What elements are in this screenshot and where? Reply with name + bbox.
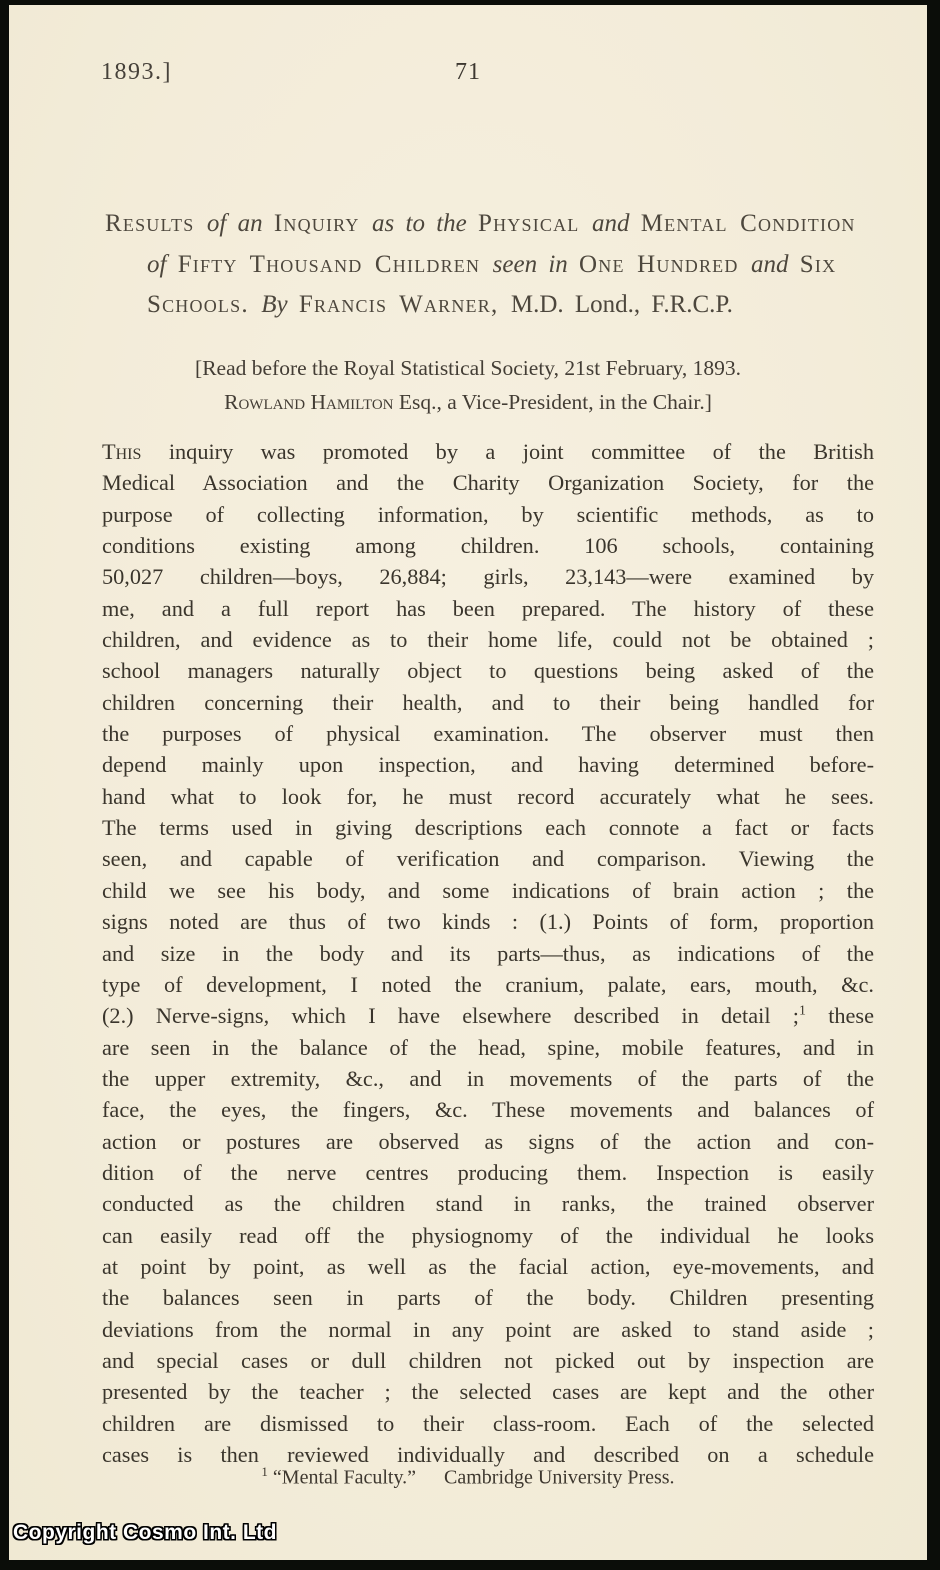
text-line: the balances seen in parts of the body. … [102,1282,874,1313]
text-line: children concerning their health, and to… [102,687,874,718]
text-line: Medical Association and the Charity Orga… [102,467,874,498]
text-segment: presented by the teacher ; the selected … [102,1379,874,1404]
read-before-note: [Read before the Royal Statistical Socie… [9,352,927,419]
header-year: 1893.] [101,59,172,86]
scan-frame: { "header": { "left": "1893.]", "page_nu… [0,0,940,1570]
text-line: can easily read off the physiognomy of t… [102,1220,874,1251]
text-line: at point by point, as well as the facial… [102,1251,874,1282]
text-segment: This [102,439,141,464]
text-line: are seen in the balance of the head, spi… [102,1032,874,1063]
text-segment: type of development, I noted the cranium… [102,972,874,997]
text-line: dition of the nerve centres producing th… [102,1157,874,1188]
text-line: and size in the body and its parts—thus,… [102,938,874,969]
text-line: children are dismissed to their class-ro… [102,1408,874,1439]
text-segment: seen, and capable of verification and co… [102,846,874,871]
text-segment: One Hundred [579,251,751,278]
text-line: school managers naturally object to ques… [102,655,874,686]
text-line: The terms used in giving descriptions ea… [102,812,874,843]
footnote: 1 “Mental Faculty.”Cambridge University … [9,1464,927,1490]
text-segment: depend mainly upon inspection, and havin… [102,752,874,777]
text-segment: [Read before the Royal Statistical Socie… [195,356,741,380]
text-segment: the balances seen in parts of the body. … [102,1285,874,1310]
text-segment: the upper extremity, &c., and in movemen… [102,1066,874,1091]
text-line: Schools. By Francis Warner, M.D. Lond., … [105,285,889,326]
text-line: signs noted are thus of two kinds : (1.)… [102,906,874,937]
text-segment: By [261,291,299,318]
article-title: Results of an Inquiry as to the Physical… [105,204,889,326]
text-segment: The terms used in giving descriptions ea… [102,815,874,840]
text-line: action or postures are observed as signs… [102,1126,874,1157]
text-line: face, the eyes, the fingers, &c. These m… [102,1094,874,1125]
text-segment: Inquiry [274,210,372,237]
text-segment: dition of the nerve centres producing th… [102,1160,874,1185]
text-segment: 50,027 children—boys, 26,884; girls, 23,… [102,564,874,589]
text-segment: action or postures are observed as signs… [102,1129,874,1154]
text-segment: children concerning their health, and to… [102,690,874,715]
text-line: Results of an Inquiry as to the Physical… [105,204,889,245]
text-segment: and [592,210,641,237]
text-segment: Rowland Hamilton [224,390,399,414]
text-segment: M.D. Lond., F.R.C.P. [511,291,733,318]
text-segment: (2.) Nerve-signs, which I have elsewhere… [102,1003,799,1028]
body-text: This inquiry was promoted by a joint com… [102,436,874,1470]
text-segment: conditions existing among children. 106 … [102,533,874,558]
text-line: me, and a full report has been prepared.… [102,593,874,624]
footnote-marker: 1 [261,1464,268,1479]
text-segment: school managers naturally object to ques… [102,658,874,683]
text-line: type of development, I noted the cranium… [102,969,874,1000]
page-header: 1893.] 71 [9,59,927,91]
text-line: child we see his body, and some indicati… [102,875,874,906]
text-segment: children are dismissed to their class-ro… [102,1411,874,1436]
text-line: deviations from the normal in any point … [102,1314,874,1345]
footnote-quote: “Mental Faculty.” [273,1467,416,1489]
text-segment: are seen in the balance of the head, spi… [102,1035,874,1060]
text-line: (2.) Nerve-signs, which I have elsewhere… [102,1000,874,1031]
text-segment: can easily read off the physiognomy of t… [102,1223,874,1248]
footnote-publisher: Cambridge University Press. [444,1467,675,1489]
text-line: [Read before the Royal Statistical Socie… [9,352,927,386]
text-segment: hand what to look for, he must record ac… [102,784,874,809]
text-segment: inquiry was promoted by a joint committe… [141,439,874,464]
text-line: and special cases or dull children not p… [102,1345,874,1376]
text-segment: of an [207,210,274,237]
text-line: seen, and capable of verification and co… [102,843,874,874]
copyright-watermark: Copyright Cosmo Int. Ltd [13,1521,277,1545]
text-segment: Esq., a Vice-President, in the Chair.] [399,390,712,414]
text-segment: and special cases or dull children not p… [102,1348,874,1373]
text-segment: children, and evidence as to their home … [102,627,874,652]
text-line: of Fifty Thousand Children seen in One H… [105,245,889,286]
text-segment: Schools. [147,291,261,318]
text-line: 50,027 children—boys, 26,884; girls, 23,… [102,561,874,592]
text-segment: deviations from the normal in any point … [102,1317,874,1342]
text-segment: Physical [478,210,592,237]
text-line: presented by the teacher ; the selected … [102,1376,874,1407]
text-line: children, and evidence as to their home … [102,624,874,655]
text-segment: purpose of collecting information, by sc… [102,502,874,527]
text-segment: 1 [799,1003,806,1018]
text-segment: and [751,251,800,278]
text-line: conducted as the children stand in ranks… [102,1188,874,1219]
text-line: conditions existing among children. 106 … [102,530,874,561]
text-line: depend mainly upon inspection, and havin… [102,749,874,780]
text-segment: child we see his body, and some indicati… [102,878,874,903]
scanned-page: 1893.] 71 Results of an Inquiry as to th… [9,5,927,1560]
text-segment: Mental Condition [641,210,856,237]
text-line: hand what to look for, he must record ac… [102,781,874,812]
text-line: Rowland Hamilton Esq., a Vice-President,… [9,386,927,420]
text-line: the purposes of physical examination. Th… [102,718,874,749]
text-line: This inquiry was promoted by a joint com… [102,436,874,467]
text-segment: as to the [372,210,478,237]
text-segment: face, the eyes, the fingers, &c. These m… [102,1097,874,1122]
text-segment: at point by point, as well as the facial… [102,1254,874,1279]
text-segment: seen in [493,251,579,278]
text-segment: me, and a full report has been prepared.… [102,596,874,621]
text-segment: signs noted are thus of two kinds : (1.)… [102,909,874,934]
text-segment: the purposes of physical examination. Th… [102,721,874,746]
text-segment: of [147,251,178,278]
text-segment: conducted as the children stand in ranks… [102,1191,874,1216]
text-segment: Six [800,251,837,278]
text-segment: and size in the body and its parts—thus,… [102,941,874,966]
text-segment: Medical Association and the Charity Orga… [102,470,874,495]
text-line: the upper extremity, &c., and in movemen… [102,1063,874,1094]
text-segment: Fifty Thousand Children [178,251,493,278]
text-segment: these [806,1003,874,1028]
text-segment: Results [105,210,207,237]
text-segment: Francis Warner, [299,291,511,318]
text-line: purpose of collecting information, by sc… [102,499,874,530]
